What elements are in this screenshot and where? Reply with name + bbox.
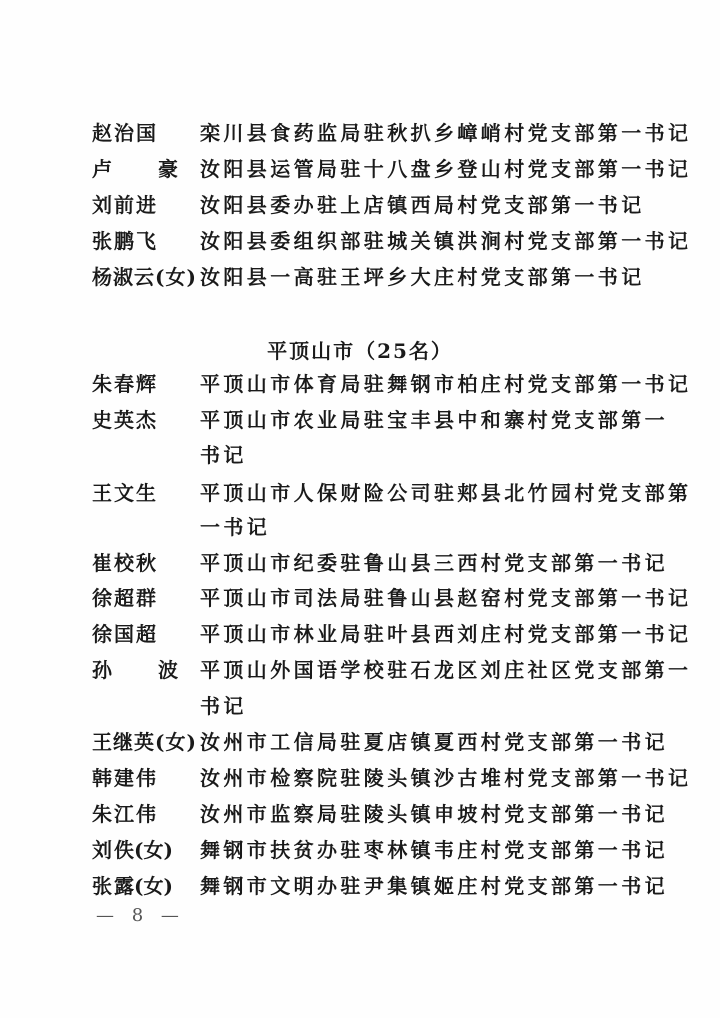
- person-name-given: 波: [158, 655, 178, 685]
- list-item: 王继英(女) 汝州市工信局驻夏店镇夏西村党支部第一书记: [92, 727, 652, 757]
- list-item: 朱春辉 平顶山市体育局驻舞钢市柏庄村党支部第一书记: [92, 369, 652, 399]
- person-name: 张鹏飞: [92, 226, 200, 256]
- position-description: 汝阳县委组织部驻城关镇洪涧村党支部第一书记: [200, 226, 691, 256]
- list-item: 杨淑云(女) 汝阳县一高驻王坪乡大庄村党支部第一书记: [92, 262, 652, 292]
- position-description: 平顶山市纪委驻鲁山县三西村党支部第一书记: [200, 548, 668, 578]
- person-name-given: 豪: [158, 154, 178, 184]
- list-item: 徐超群 平顶山市司法局驻鲁山县赵窑村党支部第一书记: [92, 583, 652, 613]
- position-description: 汝州市监察局驻陵头镇申坡村党支部第一书记: [200, 799, 668, 829]
- position-description: 汝州市工信局驻夏店镇夏西村党支部第一书记: [200, 727, 668, 757]
- person-name-given: 佚(女): [114, 835, 173, 865]
- list-item: 张 露(女) 舞钢市文明办驻尹集镇姬庄村党支部第一书记: [92, 871, 652, 901]
- list-item: 刘前进 汝阳县委办驻上店镇西局村党支部第一书记: [92, 190, 652, 220]
- list-item: 孙 波 平顶山外国语学校驻石龙区刘庄社区党支部第一: [92, 655, 652, 685]
- person-name: 刘前进: [92, 190, 200, 220]
- position-description-continuation: 书记: [200, 440, 247, 470]
- person-name-given: 露(女): [114, 871, 173, 901]
- list-item: 卢 豪 汝阳县运管局驻十八盘乡登山村党支部第一书记: [92, 154, 652, 184]
- position-description: 汝州市检察院驻陵头镇沙古堆村党支部第一书记: [200, 763, 691, 793]
- position-description: 舞钢市扶贫办驻枣林镇韦庄村党支部第一书记: [200, 835, 668, 865]
- person-name-surname: 张: [92, 871, 112, 901]
- person-name: 朱江伟: [92, 799, 200, 829]
- list-item: 徐国超 平顶山市林业局驻叶县西刘庄村党支部第一书记: [92, 619, 652, 649]
- person-name: 韩建伟: [92, 763, 200, 793]
- document-page: 赵治国 栾川县食药监局驻秋扒乡嶂峭村党支部第一书记 卢 豪 汝阳县运管局驻十八盘…: [0, 0, 720, 1018]
- position-description: 平顶山外国语学校驻石龙区刘庄社区党支部第一: [200, 655, 691, 685]
- position-description: 汝阳县委办驻上店镇西局村党支部第一书记: [200, 190, 645, 220]
- person-name: 朱春辉: [92, 369, 200, 399]
- position-description: 平顶山市林业局驻叶县西刘庄村党支部第一书记: [200, 619, 691, 649]
- list-item: 刘 佚(女) 舞钢市扶贫办驻枣林镇韦庄村党支部第一书记: [92, 835, 652, 865]
- person-name: 崔校秋: [92, 548, 200, 578]
- list-item: 史英杰 平顶山市农业局驻宝丰县中和寨村党支部第一: [92, 405, 652, 435]
- position-description: 平顶山市体育局驻舞钢市柏庄村党支部第一书记: [200, 369, 691, 399]
- person-name: 徐国超: [92, 619, 200, 649]
- person-name: 史英杰: [92, 405, 200, 435]
- position-description: 平顶山市农业局驻宝丰县中和寨村党支部第一: [200, 405, 668, 435]
- position-description-continuation: 一书记: [200, 512, 270, 542]
- person-name-surname: 卢: [92, 154, 112, 184]
- list-item: 张鹏飞 汝阳县委组织部驻城关镇洪涧村党支部第一书记: [92, 226, 652, 256]
- person-name: 徐超群: [92, 583, 200, 613]
- list-item: 朱江伟 汝州市监察局驻陵头镇申坡村党支部第一书记: [92, 799, 652, 829]
- list-item: 王文生 平顶山市人保财险公司驻郏县北竹园村党支部第: [92, 478, 652, 508]
- person-name: 王继英(女): [92, 727, 197, 757]
- person-name: 赵治国: [92, 118, 200, 148]
- list-item: 赵治国 栾川县食药监局驻秋扒乡嶂峭村党支部第一书记: [92, 118, 652, 148]
- position-description: 栾川县食药监局驻秋扒乡嶂峭村党支部第一书记: [200, 118, 691, 148]
- position-description: 平顶山市人保财险公司驻郏县北竹园村党支部第: [200, 478, 691, 508]
- position-description: 平顶山市司法局驻鲁山县赵窑村党支部第一书记: [200, 583, 691, 613]
- list-item: 韩建伟 汝州市检察院驻陵头镇沙古堆村党支部第一书记: [92, 763, 652, 793]
- position-description-continuation: 书记: [200, 691, 247, 721]
- position-description: 舞钢市文明办驻尹集镇姬庄村党支部第一书记: [200, 871, 668, 901]
- page-number: — 8 —: [96, 904, 185, 928]
- position-description: 汝阳县一高驻王坪乡大庄村党支部第一书记: [200, 262, 645, 292]
- person-name-surname: 孙: [92, 655, 112, 685]
- section-heading: 平顶山市（25名）: [0, 336, 720, 366]
- person-name: 杨淑云(女): [92, 262, 197, 292]
- position-description: 汝阳县运管局驻十八盘乡登山村党支部第一书记: [200, 154, 691, 184]
- person-name: 王文生: [92, 478, 200, 508]
- person-name-surname: 刘: [92, 835, 112, 865]
- list-item: 崔校秋 平顶山市纪委驻鲁山县三西村党支部第一书记: [92, 548, 652, 578]
